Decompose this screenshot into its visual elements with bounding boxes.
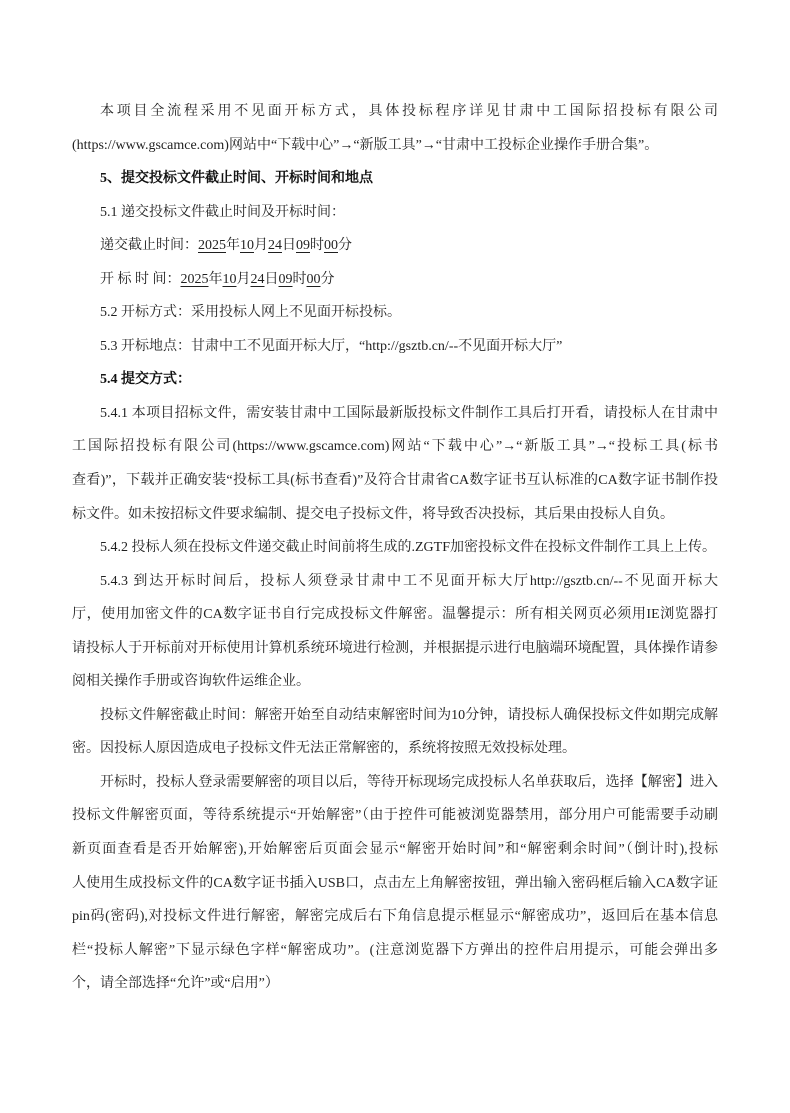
doc-line: 5.4.1 本项目招标文件，需安装甘肃中工国际最新版投标文件制作工具后打开看，请…: [72, 397, 718, 431]
underlined-date-value: 24: [268, 238, 282, 253]
date-label-text: 日: [282, 238, 296, 253]
underlined-date-value: 2025: [181, 272, 209, 287]
underlined-date-value: 09: [296, 238, 310, 253]
doc-line: pin码(密码),对投标文件进行解密，解密完成后右下角信息提示框显示“解密成功”…: [72, 900, 718, 934]
doc-line: 开标时，投标人登录需要解密的项目以后，等待开标现场完成投标人名单获取后，选择【解…: [72, 766, 718, 800]
doc-line: (https://www.gscamce.com)网站中“下载中心”→“新版工具…: [72, 129, 718, 163]
date-label-text: 月: [237, 272, 251, 287]
doc-line: 工国际招投标有限公司(https://www.gscamce.com)网站“下载…: [72, 430, 718, 464]
date-label-text: 递交截止时间：: [100, 238, 198, 253]
doc-line: 新页面查看是否开始解密),开始解密后页面会显示“解密开始时间”和“解密剩余时间”…: [72, 833, 718, 867]
document-page: 本项目全流程采用不见面开标方式，具体投标程序详见甘肃中工国际招投标有限公司(ht…: [0, 0, 790, 1113]
date-label-text: 开 标 时 间：: [100, 272, 181, 287]
doc-heading-line: 5.4 提交方式：: [72, 363, 718, 397]
doc-line: 请投标人于开标前对开标使用计算机系统环境进行检测，并根据提示进行电脑端环境配置，…: [72, 632, 718, 666]
doc-line: 5.3 开标地点：甘肃中工不见面开标大厅，“http://gsztb.cn/--…: [72, 330, 718, 364]
date-label-text: 日: [265, 272, 279, 287]
doc-line: 5.1 递交投标文件截止时间及开标时间：: [72, 196, 718, 230]
doc-line: 5.4.2 投标人须在投标文件递交截止时间前将生成的.ZGTF加密投标文件在投标…: [72, 531, 718, 565]
date-label-text: 时: [310, 238, 324, 253]
date-label-text: 时: [293, 272, 307, 287]
underlined-date-value: 00: [307, 272, 321, 287]
doc-line: 查看)”，下载并正确安装“投标工具(标书查看)”及符合甘肃省CA数字证书互认标准…: [72, 464, 718, 498]
doc-line: 密。因投标人原因造成电子投标文件无法正常解密的，系统将按照无效投标处理。: [72, 732, 718, 766]
underlined-date-value: 24: [251, 272, 265, 287]
date-label-text: 月: [254, 238, 268, 253]
doc-heading-line: 5、提交投标文件截止时间、开标时间和地点: [72, 162, 718, 196]
doc-line: 本项目全流程采用不见面开标方式，具体投标程序详见甘肃中工国际招投标有限公司: [72, 95, 718, 129]
date-label-text: 年: [226, 238, 240, 253]
doc-line: 标文件。如未按招标文件要求编制、提交电子投标文件，将导致否决投标，其后果由投标人…: [72, 498, 718, 532]
underlined-date-value: 10: [240, 238, 254, 253]
doc-line: 投标文件解密截止时间：解密开始至自动结束解密时间为10分钟，请投标人确保投标文件…: [72, 699, 718, 733]
underlined-date-value: 2025: [198, 238, 226, 253]
doc-line: 阅相关操作手册或咨询软件运维企业。: [72, 665, 718, 699]
doc-line: 厅，使用加密文件的CA数字证书自行完成投标文件解密。温馨提示：所有相关网页必须用…: [72, 598, 718, 632]
doc-line: 个，请全部选择“允许”或“启用”）: [72, 967, 718, 1001]
date-label-text: 年: [209, 272, 223, 287]
underlined-date-value: 09: [279, 272, 293, 287]
date-label-text: 分: [338, 238, 352, 253]
doc-line: 5.2 开标方式：采用投标人网上不见面开标投标。: [72, 296, 718, 330]
underlined-date-value: 10: [223, 272, 237, 287]
doc-line: 人使用生成投标文件的CA数字证书插入USB口，点击左上角解密按钮，弹出输入密码框…: [72, 867, 718, 901]
underlined-date-value: 00: [324, 238, 338, 253]
date-label-text: 分: [321, 272, 335, 287]
doc-line: 栏“投标人解密”下显示绿色字样“解密成功”。(注意浏览器下方弹出的控件启用提示，…: [72, 934, 718, 968]
doc-line: 投标文件解密页面，等待系统提示“开始解密”（由于控件可能被浏览器禁用，部分用户可…: [72, 799, 718, 833]
document-text-body: 本项目全流程采用不见面开标方式，具体投标程序详见甘肃中工国际招投标有限公司(ht…: [72, 95, 718, 1001]
doc-line: 5.4.3 到达开标时间后，投标人须登录甘肃中工不见面开标大厅http://gs…: [72, 565, 718, 599]
doc-line: 递交截止时间：2025年10月24日09时00分: [72, 229, 718, 263]
doc-line: 开 标 时 间：2025年10月24日09时00分: [72, 263, 718, 297]
